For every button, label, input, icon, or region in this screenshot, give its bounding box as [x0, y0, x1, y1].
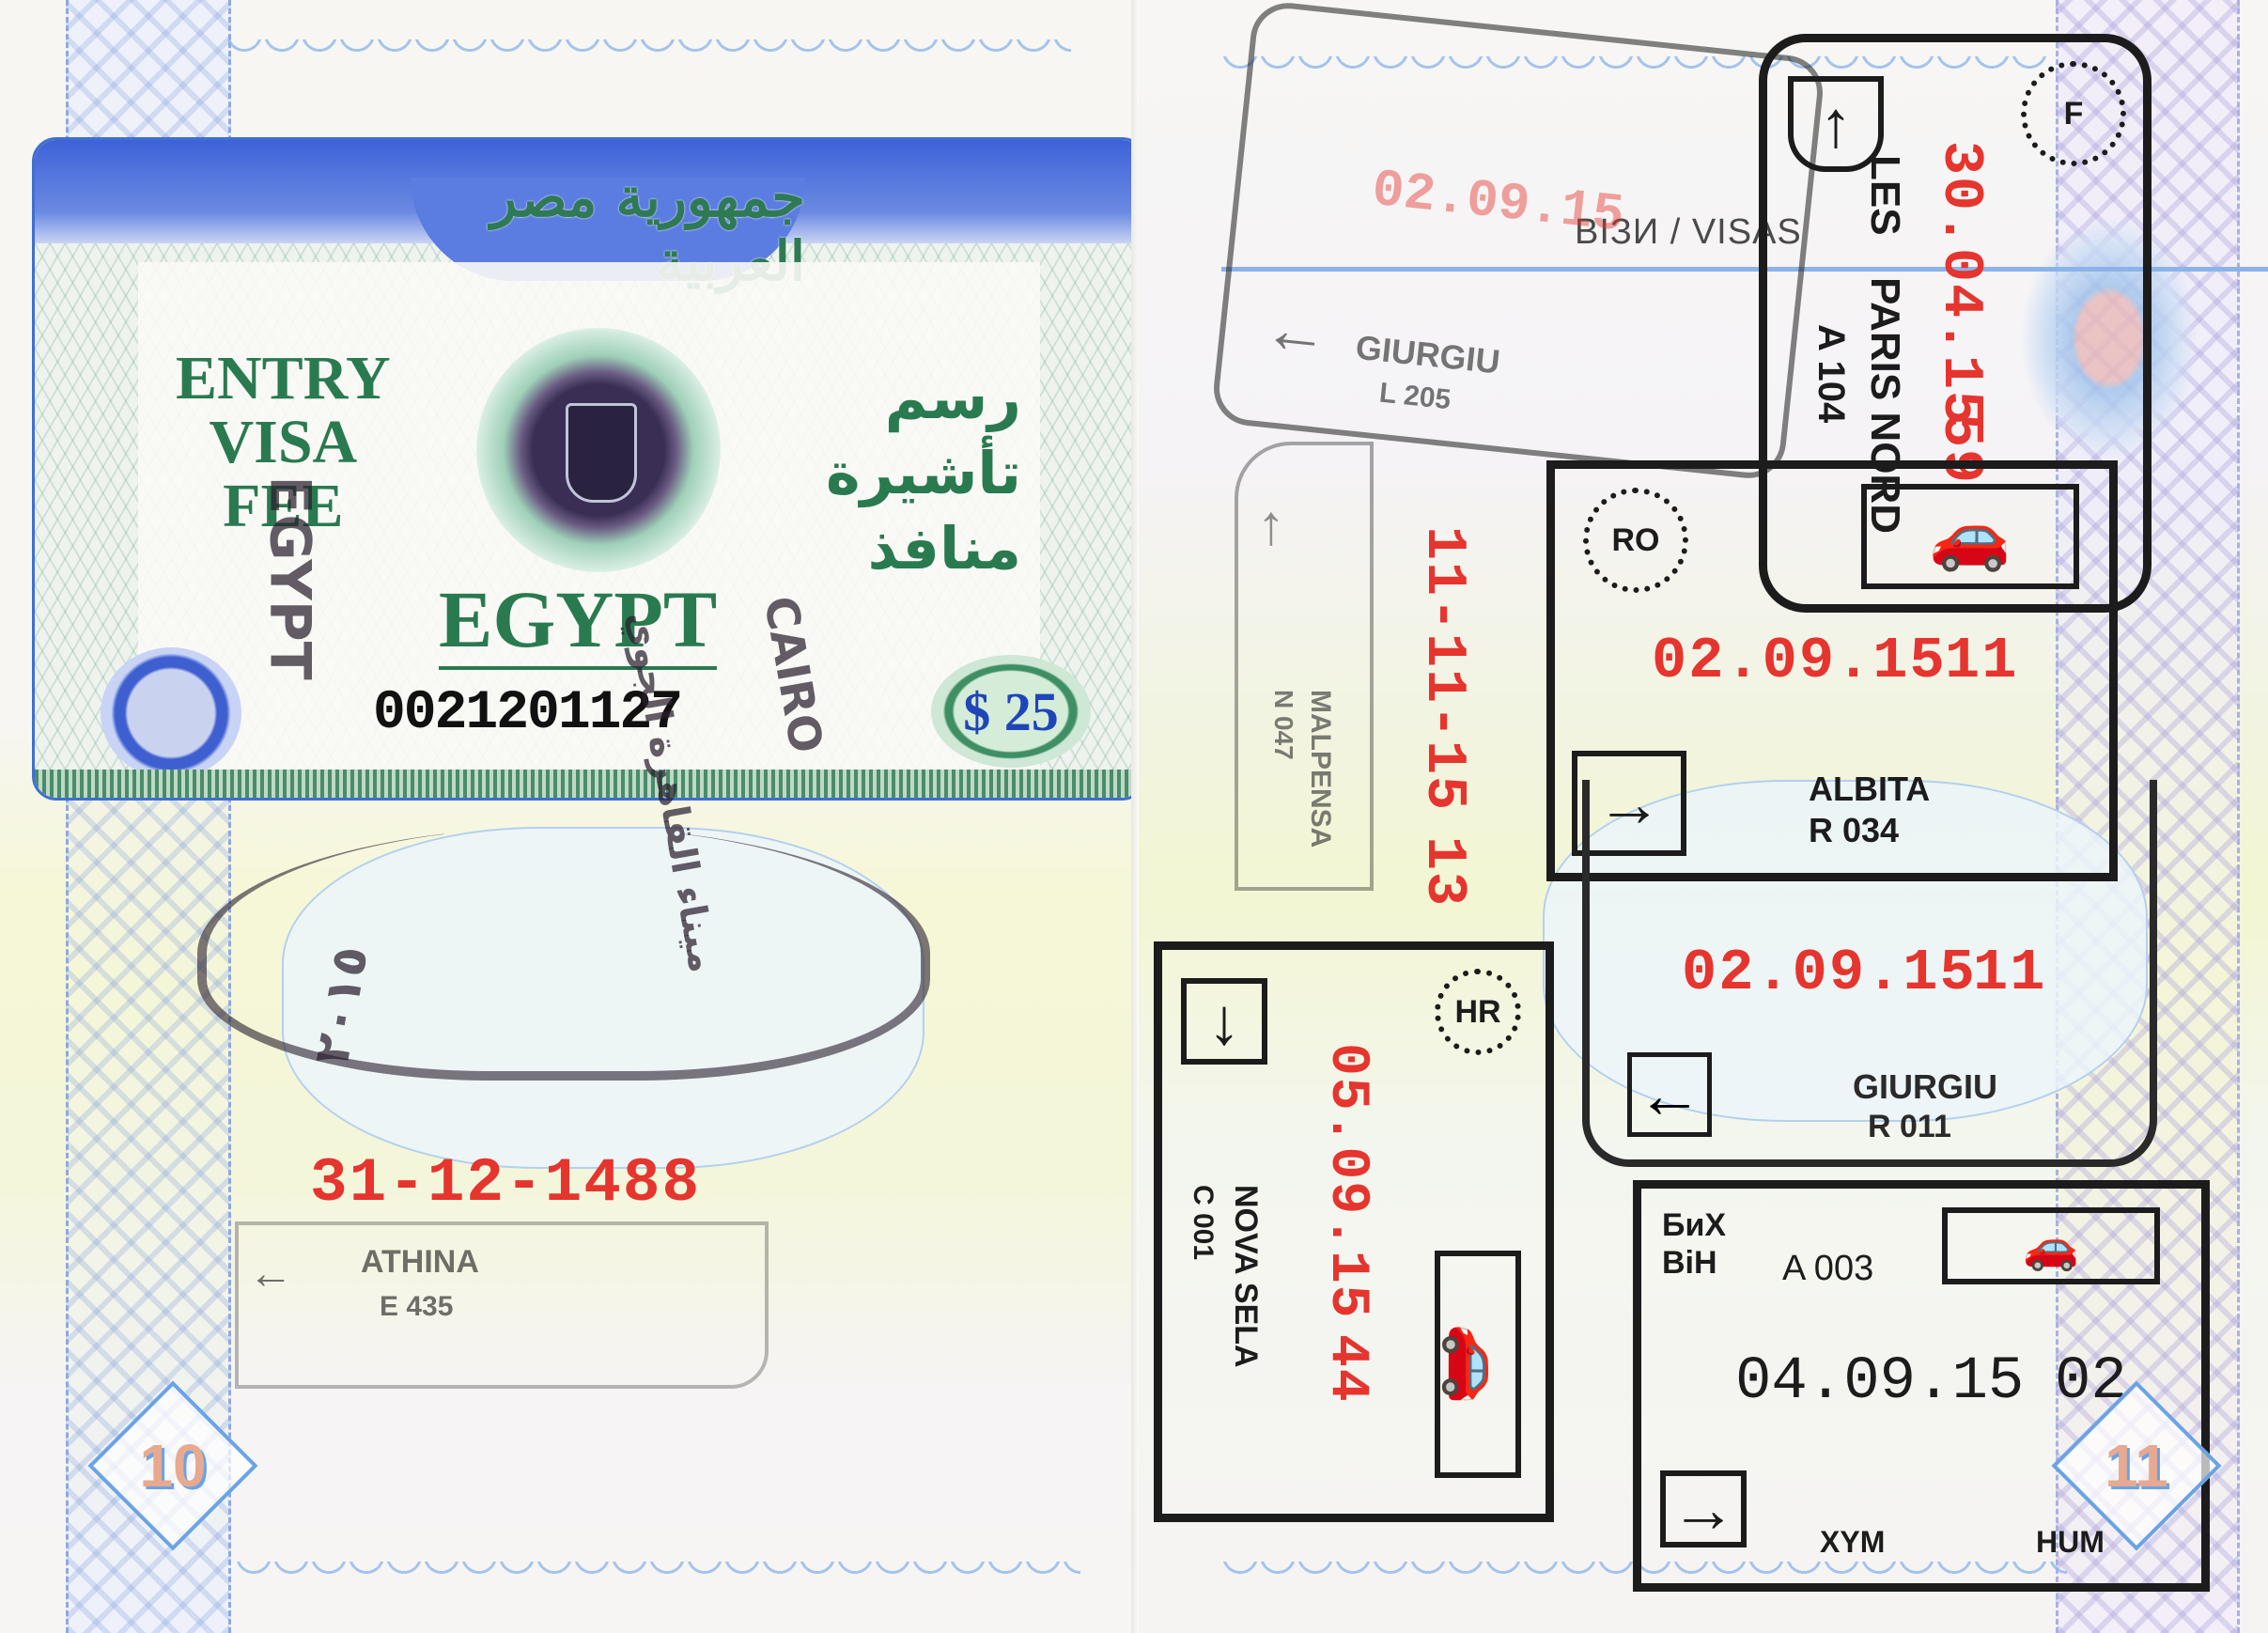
- malpensa-stamp: ↑ MALPENSA N 047: [1235, 442, 1374, 891]
- label-ar-ports: منافذ: [826, 511, 1021, 586]
- malpensa-time: 13: [1411, 836, 1475, 908]
- arrow-right-icon: →: [1660, 1470, 1747, 1547]
- car-icon: 🚗: [1435, 1251, 1521, 1478]
- egypt-stamp-side-text: EGYPT: [257, 475, 323, 679]
- visa-label-arabic: رسم تأشيرة منافذ: [826, 361, 1021, 586]
- car-icon: 🚗: [1942, 1207, 2160, 1284]
- paris-nord-date: 30.04.15: [1928, 141, 1992, 427]
- giurgiu-faded-stamp: GIURGIU L 205 ← 02.09.15: [1210, 0, 1826, 482]
- paris-nord-code: A 104: [1810, 324, 1852, 423]
- label-ar-fee: رسم: [826, 361, 1021, 436]
- eu-stars-f-badge: F: [2021, 61, 2126, 166]
- giurgiu-faded-place: GIURGIU: [1354, 328, 1502, 382]
- wave-pattern: [235, 1562, 1080, 1584]
- wave-pattern: [225, 39, 1071, 62]
- albita-time: 11: [1945, 628, 2018, 694]
- giurgiu-code: R 011: [1868, 1109, 1951, 1145]
- giurgiu-faded-code: L 205: [1377, 378, 1452, 417]
- hum-code: A 003: [1782, 1249, 1873, 1289]
- arrow-left-icon: ←: [1627, 1052, 1712, 1137]
- arrow-up-icon: ↑: [1257, 492, 1285, 557]
- visa-fee-badge: $ 25: [931, 655, 1091, 768]
- egypt-visa-sticker: جمهورية مصر العربية ENTRY VISA FEE رسم ت…: [32, 137, 1139, 801]
- passport-page-left: جمهورية مصر العربية ENTRY VISA FEE رسم ت…: [0, 0, 1139, 1633]
- albita-date: 02.09.15: [1652, 628, 1947, 694]
- giurgiu-time: 11: [1973, 940, 2046, 1006]
- athina-stamp: ATHINA E 435 ←: [235, 1221, 769, 1389]
- label-ar-visa: تأشيرة: [826, 436, 1021, 511]
- athina-date: 31-12-1488: [310, 1148, 701, 1219]
- hum-place: HUM: [2036, 1525, 2105, 1560]
- arrow-left-icon: ←: [1260, 289, 1333, 371]
- malpensa-code: N 047: [1268, 690, 1298, 760]
- nova-sela-code: C 001: [1187, 1185, 1219, 1260]
- paris-nord-line: LES: [1861, 155, 1908, 236]
- malpensa-place: MALPENSA: [1304, 690, 1336, 848]
- giurgiu-place: GIURGIU: [1853, 1067, 1997, 1107]
- malpensa-date: 11-11-15: [1411, 526, 1475, 812]
- hum-place-cyrillic: XYM: [1820, 1525, 1885, 1560]
- athina-code: E 435: [380, 1291, 453, 1323]
- label-visa: VISA: [176, 411, 391, 474]
- visa-country: EGYPT: [439, 572, 717, 670]
- hum-country: BiH: [1662, 1245, 1717, 1282]
- visa-bottom-band: [35, 770, 1139, 798]
- arrow-left-icon: ←: [248, 1248, 293, 1299]
- nova-sela-date: 05.09.15: [1316, 1043, 1377, 1319]
- eagle-seal-icon: [476, 328, 721, 572]
- eu-stars-ro-badge: RO: [1583, 488, 1688, 593]
- label-entry: ENTRY: [176, 347, 391, 411]
- giurgiu-faded-date: 02.09.15: [1370, 160, 1627, 246]
- eu-stars-hr-badge: HR: [1435, 969, 1521, 1055]
- nova-sela-place: NOVA SELA: [1227, 1185, 1264, 1368]
- arrow-down-icon: ↓: [1181, 978, 1267, 1065]
- nova-sela-time: 44: [1316, 1334, 1377, 1404]
- egypt-stamp-outline: [197, 827, 930, 1081]
- athina-place: ATHINA: [361, 1244, 479, 1281]
- hum-date: 04.09.15: [1735, 1348, 2024, 1416]
- giurgiu-date: 02.09.15: [1682, 940, 1977, 1006]
- paid-seal-icon: [101, 647, 241, 779]
- hum-country-cyrillic: БиХ: [1662, 1207, 1726, 1244]
